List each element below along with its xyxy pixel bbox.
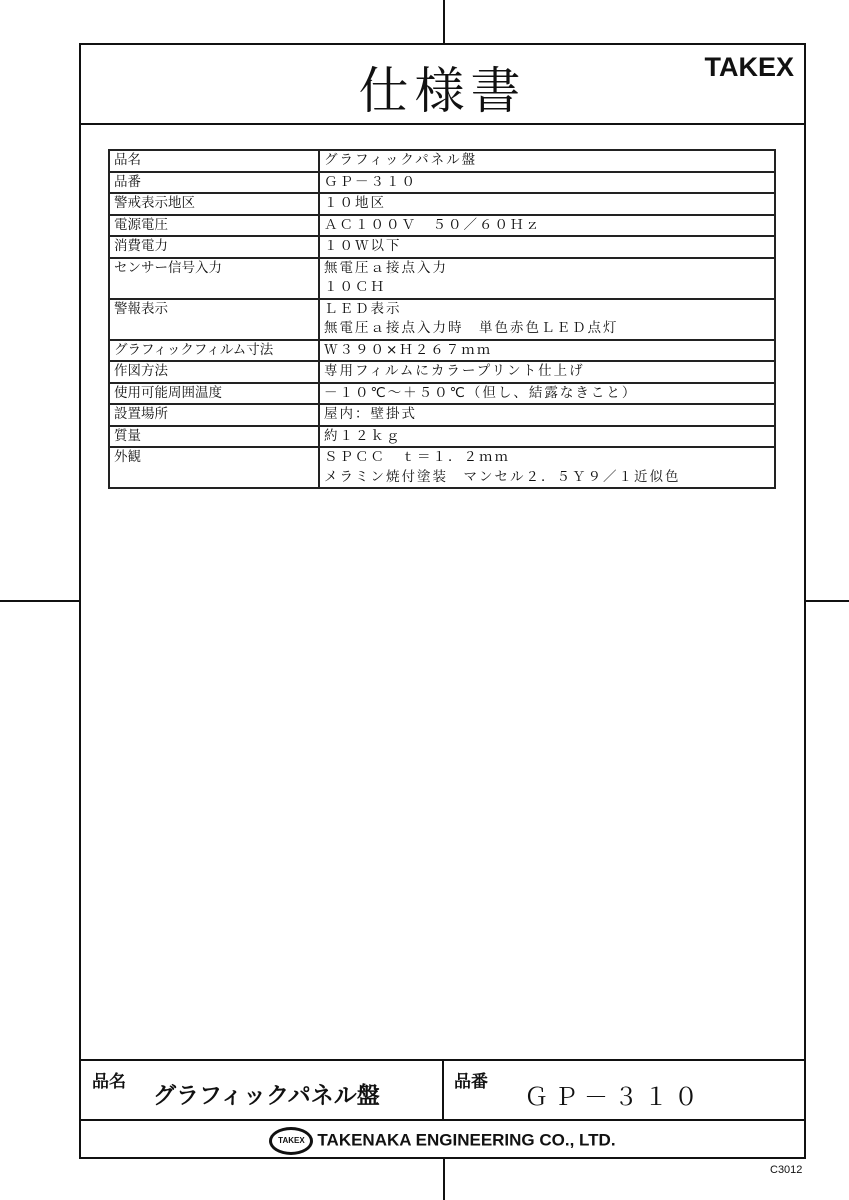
document-title: 仕様書 bbox=[79, 51, 806, 123]
brand-logo: TAKEX bbox=[704, 52, 794, 83]
spec-value-line: ＡＣ１００Ｖ ５０／６０Ｈｚ bbox=[324, 216, 770, 236]
table-row: センサー信号入力無電圧ａ接点入力１０ＣＨ bbox=[109, 258, 775, 299]
spec-value: ＬＥＤ表示無電圧ａ接点入力時 単色赤色ＬＥＤ点灯 bbox=[319, 299, 775, 340]
footer-number-value: ＧＰ－３１０ bbox=[524, 1077, 704, 1112]
spec-value-line: １０地区 bbox=[324, 194, 770, 214]
footer-company-row: TAKEXTAKENAKA ENGINEERING CO., LTD. bbox=[79, 1121, 806, 1159]
spec-value: Ｗ３９０×Ｈ２６７ｍｍ bbox=[319, 340, 775, 362]
table-row: 品名グラフィックパネル盤 bbox=[109, 150, 775, 172]
table-row: 質量約１２ｋｇ bbox=[109, 426, 775, 448]
spec-label: 設置場所 bbox=[109, 404, 319, 426]
spec-label: センサー信号入力 bbox=[109, 258, 319, 299]
table-row: 電源電圧ＡＣ１００Ｖ ５０／６０Ｈｚ bbox=[109, 215, 775, 237]
spec-label: 外観 bbox=[109, 447, 319, 488]
footer-name-label: 品名 bbox=[92, 1067, 126, 1092]
footer-name-value: グラフィックパネル盤 bbox=[153, 1077, 380, 1110]
table-row: 警報表示ＬＥＤ表示無電圧ａ接点入力時 単色赤色ＬＥＤ点灯 bbox=[109, 299, 775, 340]
table-row: 消費電力１０Ｗ以下 bbox=[109, 236, 775, 258]
spec-label: 品名 bbox=[109, 150, 319, 172]
registration-mark-left bbox=[0, 600, 79, 602]
spec-value-line: 無電圧ａ接点入力 bbox=[324, 259, 770, 279]
spec-label: 使用可能周囲温度 bbox=[109, 383, 319, 405]
registration-mark-top bbox=[443, 0, 445, 43]
title-row: 仕様書 TAKEX bbox=[79, 43, 806, 125]
spec-value-line: 屋内：壁掛式 bbox=[324, 405, 770, 425]
spec-label: グラフィックフィルム寸法 bbox=[109, 340, 319, 362]
spec-label: 電源電圧 bbox=[109, 215, 319, 237]
spec-value: 屋内：壁掛式 bbox=[319, 404, 775, 426]
spec-value: ＳＰＣＣ ｔ＝１．２ｍｍメラミン焼付塗装 マンセル２．５Ｙ９／１近似色 bbox=[319, 447, 775, 488]
spec-value-line: １０ＣＨ bbox=[324, 278, 770, 298]
table-row: グラフィックフィルム寸法Ｗ３９０×Ｈ２６７ｍｍ bbox=[109, 340, 775, 362]
table-row: 使用可能周囲温度－１０℃～＋５０℃（但し、結露なきこと） bbox=[109, 383, 775, 405]
spec-value-line: メラミン焼付塗装 マンセル２．５Ｙ９／１近似色 bbox=[324, 468, 770, 488]
table-row: 品番ＧＰ－３１０ bbox=[109, 172, 775, 194]
spec-value: １０Ｗ以下 bbox=[319, 236, 775, 258]
spec-value-line: ＳＰＣＣ ｔ＝１．２ｍｍ bbox=[324, 448, 770, 468]
spec-value: グラフィックパネル盤 bbox=[319, 150, 775, 172]
spec-label: 消費電力 bbox=[109, 236, 319, 258]
company-name: TAKENAKA ENGINEERING CO., LTD. bbox=[317, 1130, 615, 1149]
spec-value-line: グラフィックパネル盤 bbox=[324, 151, 770, 171]
spec-value-line: 無電圧ａ接点入力時 単色赤色ＬＥＤ点灯 bbox=[324, 319, 770, 339]
spec-value-line: １０Ｗ以下 bbox=[324, 237, 770, 257]
registration-mark-bottom bbox=[443, 1159, 445, 1200]
spec-label: 警戒表示地区 bbox=[109, 193, 319, 215]
footer-divider bbox=[442, 1061, 444, 1119]
spec-label: 質量 bbox=[109, 426, 319, 448]
registration-mark-right bbox=[806, 600, 849, 602]
document-code: C3012 bbox=[770, 1164, 802, 1176]
spec-label: 警報表示 bbox=[109, 299, 319, 340]
spec-value-line: 専用フィルムにカラープリント仕上げ bbox=[324, 362, 770, 382]
spec-label: 品番 bbox=[109, 172, 319, 194]
takex-logo-icon: TAKEX bbox=[269, 1127, 313, 1155]
spec-value-line: －１０℃～＋５０℃（但し、結露なきこと） bbox=[324, 384, 770, 404]
spec-value: 約１２ｋｇ bbox=[319, 426, 775, 448]
spec-value-line: ＬＥＤ表示 bbox=[324, 300, 770, 320]
spec-label: 作図方法 bbox=[109, 361, 319, 383]
spec-table: 品名グラフィックパネル盤品番ＧＰ－３１０警戒表示地区１０地区電源電圧ＡＣ１００Ｖ… bbox=[108, 149, 776, 489]
spec-value: －１０℃～＋５０℃（但し、結露なきこと） bbox=[319, 383, 775, 405]
spec-value-line: ＧＰ－３１０ bbox=[324, 173, 770, 193]
company-block: TAKEXTAKENAKA ENGINEERING CO., LTD. bbox=[79, 1127, 806, 1155]
spec-value: １０地区 bbox=[319, 193, 775, 215]
footer-product-row: 品名 グラフィックパネル盤 品番 ＧＰ－３１０ bbox=[79, 1059, 806, 1121]
spec-value-line: Ｗ３９０×Ｈ２６７ｍｍ bbox=[324, 341, 770, 361]
spec-value-line: 約１２ｋｇ bbox=[324, 427, 770, 447]
table-row: 設置場所屋内：壁掛式 bbox=[109, 404, 775, 426]
spec-value: ＡＣ１００Ｖ ５０／６０Ｈｚ bbox=[319, 215, 775, 237]
table-row: 警戒表示地区１０地区 bbox=[109, 193, 775, 215]
spec-value: ＧＰ－３１０ bbox=[319, 172, 775, 194]
table-row: 外観ＳＰＣＣ ｔ＝１．２ｍｍメラミン焼付塗装 マンセル２．５Ｙ９／１近似色 bbox=[109, 447, 775, 488]
table-row: 作図方法専用フィルムにカラープリント仕上げ bbox=[109, 361, 775, 383]
footer-number-label: 品番 bbox=[454, 1067, 488, 1092]
spec-value: 専用フィルムにカラープリント仕上げ bbox=[319, 361, 775, 383]
spec-value: 無電圧ａ接点入力１０ＣＨ bbox=[319, 258, 775, 299]
